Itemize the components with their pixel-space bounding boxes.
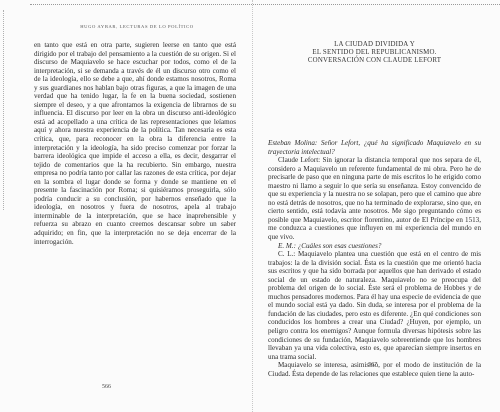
page-number: 567 (368, 362, 377, 368)
interview-answer: C. L.: Maquiavelo plantea una cuestión q… (268, 250, 481, 361)
paragraph: en tanto que está en otra parte, sugiere… (34, 41, 236, 246)
book-spread: Hugo Aybar, Lecturas de lo político en t… (0, 0, 500, 412)
running-head: Hugo Aybar, Lecturas de lo político (62, 24, 212, 29)
chapter-title-line: CONVERSACIÓN CON CLAUDE LEFORT (268, 57, 481, 65)
interview-question: Esteban Molina: Señor Lefort, ¿qué ha si… (268, 139, 481, 156)
chapter-title-line: LA CIUDAD DIVIDIDA Y (268, 41, 481, 49)
left-body-text: en tanto que está en otra parte, sugiere… (34, 41, 236, 246)
right-page: LA CIUDAD DIVIDIDA Y EL SENTIDO DEL REPU… (253, 0, 500, 412)
page-number: 566 (102, 384, 111, 390)
interview-answer: Claude Lefort: Sin ignorar la distancia … (268, 156, 481, 241)
right-body-text: Esteban Molina: Señor Lefort, ¿qué ha si… (268, 139, 481, 378)
interview-question: E. M.: ¿Cuáles son esas cuestiones? (268, 242, 481, 251)
chapter-title: LA CIUDAD DIVIDIDA Y EL SENTIDO DEL REPU… (268, 41, 481, 64)
chapter-title-line: EL SENTIDO DEL REPUBLICANISMO. (268, 49, 481, 57)
left-page: Hugo Aybar, Lecturas de lo político en t… (0, 0, 252, 412)
